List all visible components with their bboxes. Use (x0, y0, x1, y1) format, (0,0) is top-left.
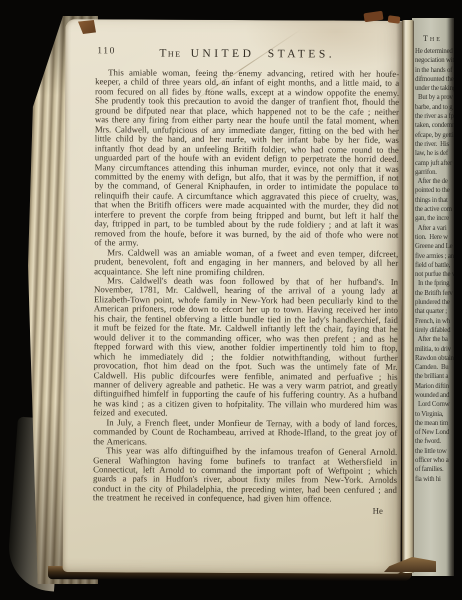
page-content: 110 TheUNITED STATES. This amiable woman… (93, 43, 399, 515)
leather-debris-top-2 (388, 15, 401, 23)
page-text: This amiable woman, feeing the enemy adv… (93, 68, 399, 504)
body-paragraph: This amiable woman, feeing the enemy adv… (94, 68, 399, 249)
page-number: 110 (97, 46, 116, 56)
main-page: 110 TheUNITED STATES. This amiable woman… (63, 19, 404, 574)
running-title-main: UNITED STATES. (191, 48, 336, 61)
body-paragraph: In July, a French fleet, under Monfieur … (93, 418, 397, 448)
body-paragraph: This year was alfo diftinguifhed by the … (93, 446, 397, 504)
body-paragraph: Mrs. Caldwell was an amiable woman, of a… (94, 248, 398, 278)
page-header: 110 TheUNITED STATES. (95, 43, 399, 61)
body-paragraph: Mrs. Caldwell's death was foon followed … (93, 276, 398, 419)
book-photo: { "book_page": { "page_number": "110", "… (0, 0, 462, 600)
fore-edge-strip (402, 20, 414, 573)
catchword: He (93, 504, 397, 516)
running-title-the: The (159, 48, 181, 60)
right-edge-shadow (446, 0, 462, 600)
running-title: TheUNITED STATES. (95, 43, 399, 63)
